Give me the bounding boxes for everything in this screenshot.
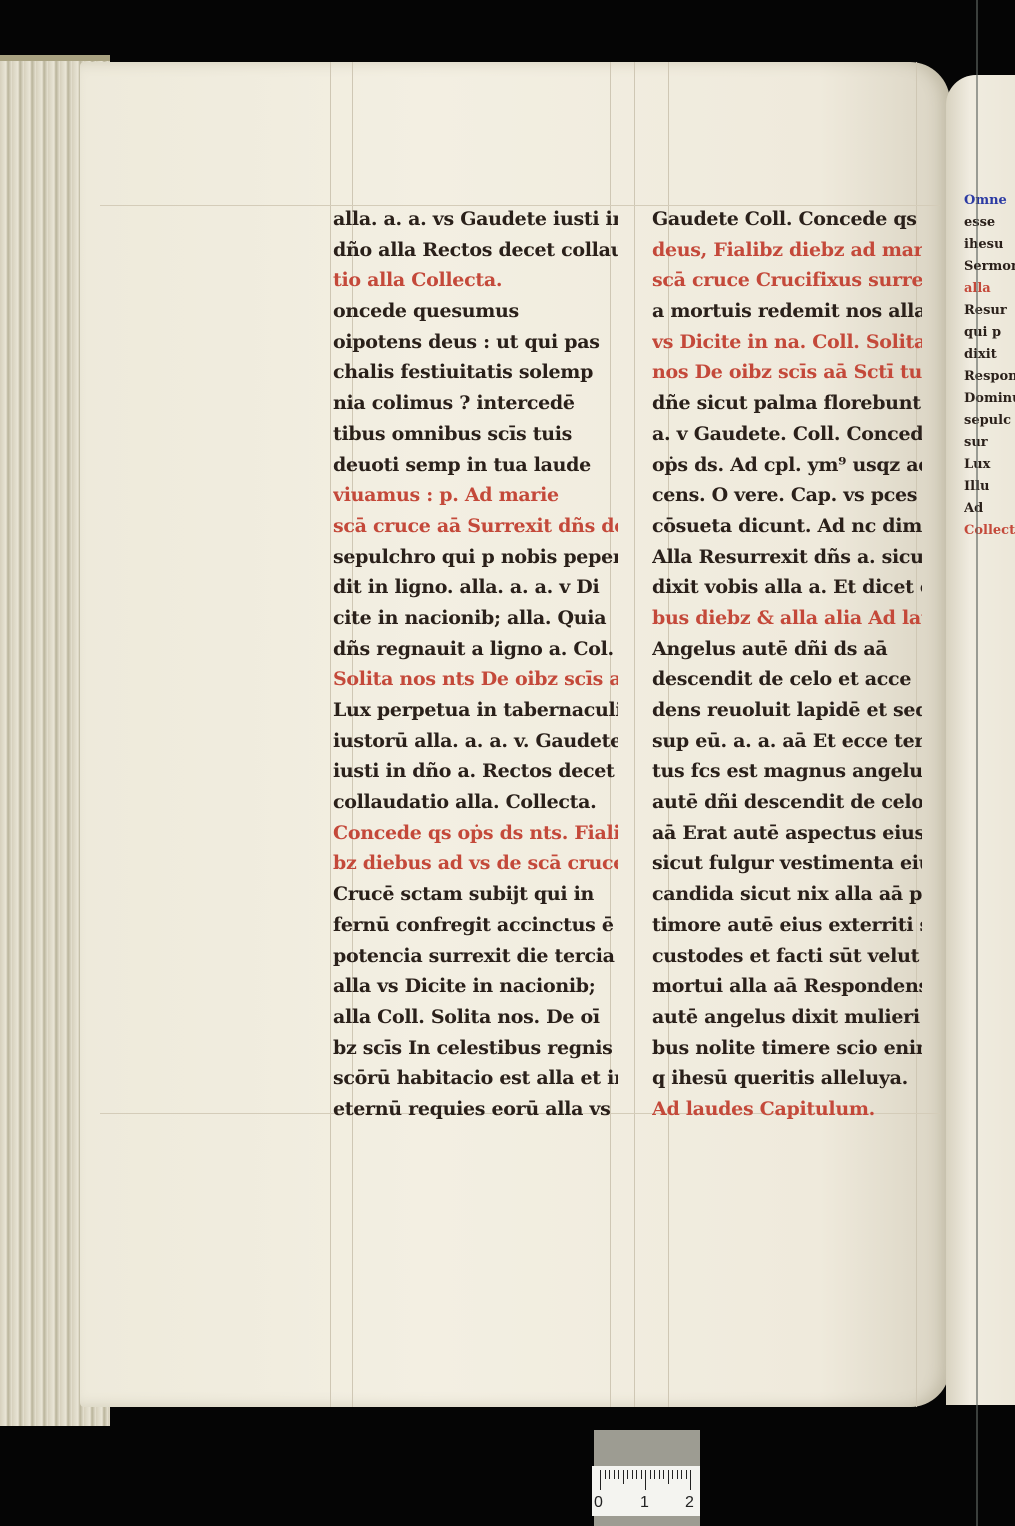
manuscript-line: candida sicut nix alla aā pre (652, 879, 922, 910)
ruler-tick (681, 1470, 682, 1479)
manuscript-line: autē dñi descendit de celo alla (652, 787, 922, 818)
manuscript-line: dens reuoluit lapidē et sedebat (652, 695, 922, 726)
manuscript-line: Angelus autē dñi ds aā (652, 634, 922, 665)
ruling-line (634, 62, 635, 1407)
manuscript-line: scōrū habitacio est alla et in (333, 1063, 618, 1094)
ruler-tick (668, 1470, 669, 1484)
manuscript-line: alla vs Dicite in nacionib; (333, 971, 618, 1002)
recto-fragment: Ad (964, 498, 1015, 520)
manuscript-line: bus diebz & alla alia Ad lau (652, 603, 922, 634)
manuscript-line: nia colimus ? intercedē (333, 388, 618, 419)
manuscript-line: nos De oibz scīs aā Sctī tui (652, 357, 922, 388)
manuscript-line: iusti in dño a. Rectos decet (333, 756, 618, 787)
manuscript-line: viuamus : p. Ad marie (333, 480, 618, 511)
ruling-line (330, 62, 331, 1407)
manuscript-line: mortui alla aā Respondens (652, 971, 922, 1002)
text-column-right: Gaudete Coll. Concede qs oṗsdeus, Fialib… (652, 204, 922, 1125)
manuscript-line: q ihesū queritis alleluya. (652, 1063, 922, 1094)
ruler-tick (677, 1470, 678, 1479)
ruler-tick (632, 1470, 633, 1479)
ruler-tick (623, 1470, 624, 1484)
recto-fragment: sur (964, 432, 1015, 454)
manuscript-line: Concede qs oṗs ds nts. Fiali (333, 818, 618, 849)
recto-fragment: Illu (964, 476, 1015, 498)
manuscript-line: tus fcs est magnus angelus (652, 756, 922, 787)
ruler-label-1: 1 (640, 1494, 649, 1512)
recto-text-fragments: OmneesseihesuSermonallaResurqui pdixitRe… (964, 190, 1015, 542)
text-column-left: alla. a. a. vs Gaudete iusti indño alla … (333, 204, 618, 1125)
manuscript-line: Lux perpetua in tabernaculis (333, 695, 618, 726)
manuscript-line: Crucē sctam subijt qui in (333, 879, 618, 910)
manuscript-line: sup eū. a. a. aā Et ecce terremo (652, 726, 922, 757)
manuscript-line: scā cruce aā Surrexit dñs de (333, 511, 618, 542)
ruler-tick (636, 1470, 637, 1479)
ruler-tick (600, 1470, 601, 1490)
recto-fragment: Dominus (964, 388, 1015, 410)
manuscript-line: sicut fulgur vestimenta eius (652, 848, 922, 879)
manuscript-line: Solita nos nts De oibz scīs aā (333, 664, 618, 695)
recto-fragment: dixit (964, 344, 1015, 366)
manuscript-line: eternū requies eorū alla vs (333, 1094, 618, 1125)
manuscript-line: tibus omnibus scīs tuis (333, 419, 618, 450)
manuscript-line: oncede quesumus (333, 296, 618, 327)
manuscript-line: alla. a. a. vs Gaudete iusti in (333, 204, 618, 235)
ruler-label-0: 0 (594, 1494, 603, 1512)
manuscript-line: descendit de celo et acce (652, 664, 922, 695)
recto-fragment: Respon (964, 366, 1015, 388)
manuscript-line: custodes et facti sūt velut m (652, 941, 922, 972)
manuscript-line: timore autē eius exterriti sūt (652, 910, 922, 941)
manuscript-line: potencia surrexit die tercia (333, 941, 618, 972)
manuscript-line: vs Dicite in na. Coll. Solita (652, 327, 922, 358)
manuscript-line: Gaudete Coll. Concede qs oṗs (652, 204, 922, 235)
scale-ruler: 0 1 2 (592, 1466, 700, 1516)
manuscript-line: dit in ligno. alla. a. a. v Di (333, 572, 618, 603)
manuscript-line: cens. O vere. Cap. vs pces & coll (652, 480, 922, 511)
manuscript-line: dixit vobis alla a. Et dicet oī (652, 572, 922, 603)
manuscript-line: aā Erat autē aspectus eius (652, 818, 922, 849)
recto-fragment: ihesu (964, 234, 1015, 256)
manuscript-line: fernū confregit accinctus ē (333, 910, 618, 941)
ruler-tick (627, 1470, 628, 1479)
ruler-tick (659, 1470, 660, 1479)
manuscript-line: scā cruce Crucifixus surrexit (652, 265, 922, 296)
recto-fragment: sepulc (964, 410, 1015, 432)
manuscript-line: deus, Fialibz diebz ad marie (652, 235, 922, 266)
glass-plate-edge (976, 0, 978, 1526)
manuscript-line: iustorū alla. a. a. v. Gaudete (333, 726, 618, 757)
manuscript-line: collaudatio alla. Collecta. (333, 787, 618, 818)
manuscript-line: a mortuis redemit nos alla a. (652, 296, 922, 327)
ruler-tick (654, 1470, 655, 1479)
manuscript-line: Ad laudes Capitulum. (652, 1094, 922, 1125)
recto-fragment: Sermon (964, 256, 1015, 278)
manuscript-line: a. v Gaudete. Coll. Concede qs (652, 419, 922, 450)
manuscript-line: Alla Resurrexit dñs a. sicut (652, 542, 922, 573)
ruler-tick (614, 1470, 615, 1479)
manuscript-line: dñe sicut palma florebunt. a. (652, 388, 922, 419)
manuscript-line: tio alla Collecta. (333, 265, 618, 296)
ruler-tick (641, 1470, 642, 1479)
manuscript-line: dñs regnauit a ligno a. Col. (333, 634, 618, 665)
recto-fragment: qui p (964, 322, 1015, 344)
manuscript-line: sepulchro qui p nobis pepen (333, 542, 618, 573)
ruler-tick (609, 1470, 610, 1479)
recto-fragment: Omne (964, 190, 1015, 212)
ruler-label-2: 2 (685, 1494, 694, 1512)
recto-fragment: Lux (964, 454, 1015, 476)
manuscript-line: cōsueta dicunt. Ad nc dimis aā (652, 511, 922, 542)
manuscript-line: autē angelus dixit mulieri (652, 1002, 922, 1033)
ruler-tick (690, 1470, 691, 1490)
ruler-tick (663, 1470, 664, 1479)
ruler-tick (686, 1470, 687, 1479)
manuscript-line: bz diebus ad vs de scā cruce aā (333, 848, 618, 879)
manuscript-line: deuoti semp in tua laude (333, 450, 618, 481)
manuscript-line: alla Coll. Solita nos. De oī (333, 1002, 618, 1033)
recto-fragment: alla (964, 278, 1015, 300)
manuscript-line: dño alla Rectos decet collauda (333, 235, 618, 266)
manuscript-line: bus nolite timere scio enim (652, 1033, 922, 1064)
recto-fragment: Resur (964, 300, 1015, 322)
ruler-tick (672, 1470, 673, 1479)
manuscript-line: cite in nacionib; alla. Quia (333, 603, 618, 634)
manuscript-line: oṗs ds. Ad cpl. ym⁹ usqz ad as (652, 450, 922, 481)
recto-fragment: Collecta (964, 520, 1015, 542)
recto-fragment: esse (964, 212, 1015, 234)
manuscript-line: bz scīs In celestibus regnis (333, 1033, 618, 1064)
ruler-tick (650, 1470, 651, 1479)
ruler-tick (618, 1470, 619, 1479)
ruler-tick (605, 1470, 606, 1479)
ruler-tick (645, 1470, 646, 1490)
manuscript-line: oipotens deus : ut qui pas (333, 327, 618, 358)
manuscript-line: chalis festiuitatis solemp (333, 357, 618, 388)
